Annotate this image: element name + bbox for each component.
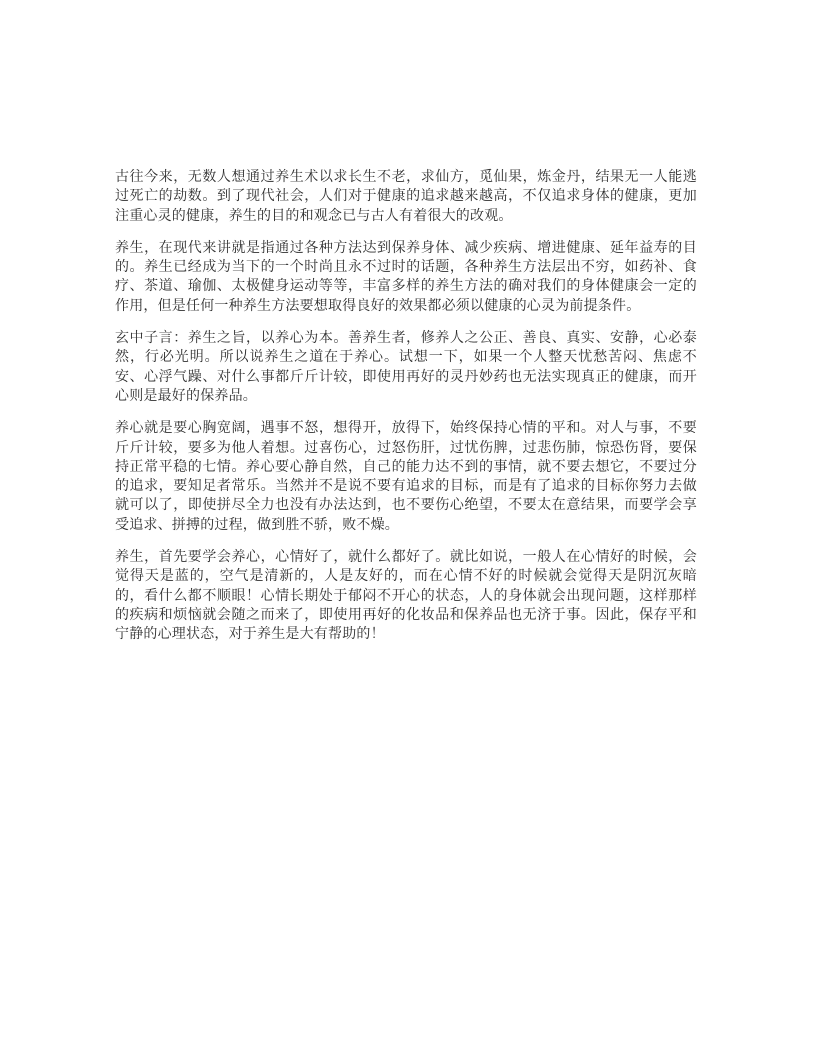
document-body: 古往今来，无数人想通过养生术以求长生不老，求仙方，觅仙果，炼金丹，结果无一人能逃…	[115, 168, 697, 645]
document-page: 古往今来，无数人想通过养生术以求长生不老，求仙方，觅仙果，炼金丹，结果无一人能逃…	[0, 0, 816, 1056]
paragraph-1: 古往今来，无数人想通过养生术以求长生不老，求仙方，觅仙果，炼金丹，结果无一人能逃…	[115, 168, 697, 226]
paragraph-4: 养心就是要心胸宽阔，遇事不怒，想得开，放得下，始终保持心情的平和。对人与事，不要…	[115, 419, 697, 535]
paragraph-3: 玄中子言：养生之旨，以养心为本。善养生者，修养人之公正、善良、真实、安静，心必泰…	[115, 329, 697, 406]
paragraph-2: 养生，在现代来讲就是指通过各种方法达到保养身体、减少疾病、增进健康、延年益寿的目…	[115, 239, 697, 316]
paragraph-5: 养生，首先要学会养心，心情好了，就什么都好了。就比如说，一般人在心情好的时候，会…	[115, 548, 697, 644]
